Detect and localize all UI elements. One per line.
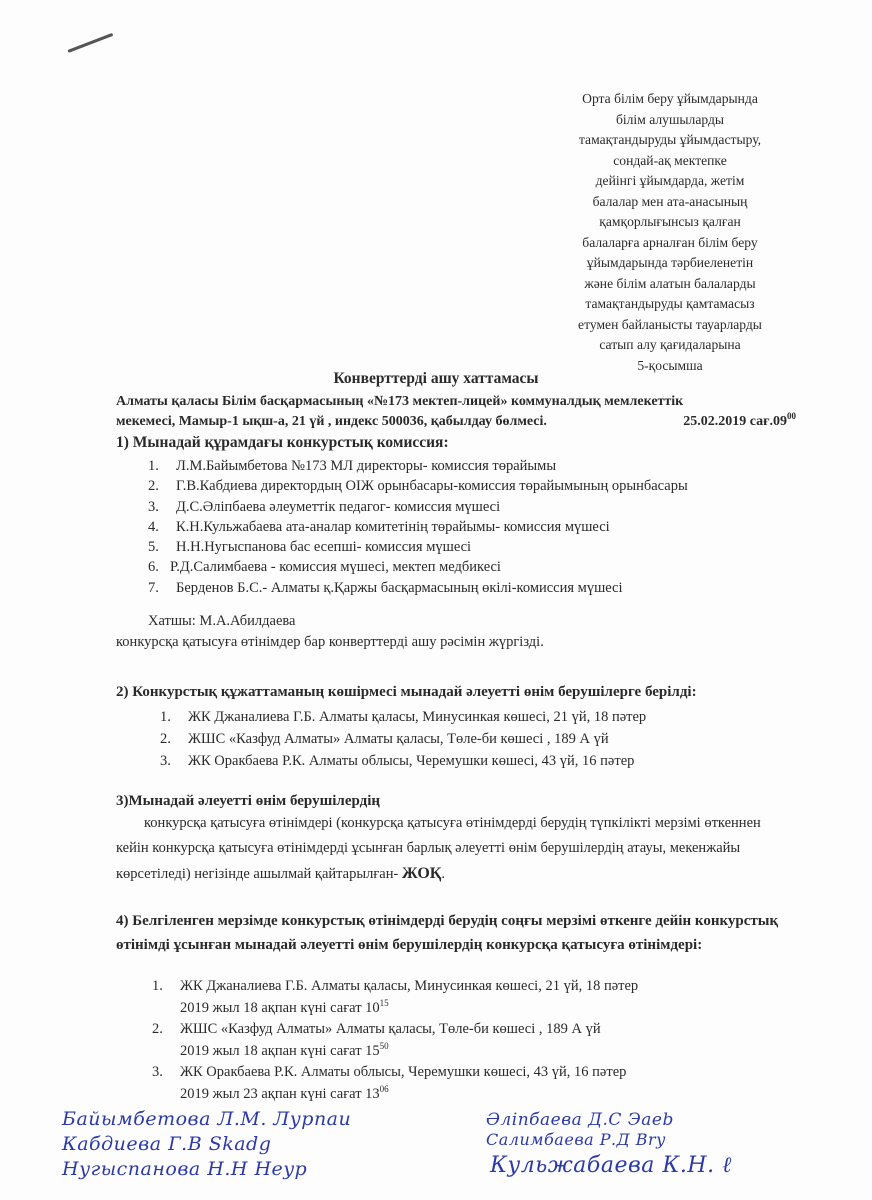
bid-supplier: ЖК Оракбаева Р.К. Алматы облысы, Черемуш… <box>180 1064 626 1080</box>
signature: Кабдиева Г.В Skadg <box>62 1133 271 1155</box>
annex-line: қамқорлығынсыз қалған <box>540 212 800 233</box>
item-number: 1. <box>160 706 188 728</box>
annex-line: сондай-ақ мектепке <box>540 151 800 172</box>
returned-result: ЖОҚ <box>402 865 441 882</box>
supplier-item: 2.ЖШС «Казфуд Алматы» Алматы қаласы, Төл… <box>160 728 646 750</box>
section-4-heading: 4) Белгіленген мерзімде конкурстық өтіні… <box>116 909 796 957</box>
annex-line: сатып алу қағидаларына <box>540 335 800 356</box>
item-number: 7. <box>148 578 176 598</box>
bid-minutes: 06 <box>380 1084 389 1094</box>
supplier-text: ЖК Оракбаева Р.К. Алматы облысы, Черемуш… <box>188 753 634 769</box>
supplier-text: ЖК Джаналиева Г.Б. Алматы қаласы, Минуси… <box>188 709 646 725</box>
punct: . <box>441 866 445 882</box>
annex-line: дейінгі ұйымдарда, жетім <box>540 171 800 192</box>
bid-minutes: 15 <box>380 998 389 1008</box>
item-number: 4. <box>148 517 176 537</box>
annex-line: Орта білім беру ұйымдарында <box>540 89 800 110</box>
bid-item: 1.ЖК Джаналиева Г.Б. Алматы қаласы, Мину… <box>152 976 638 998</box>
item-number: 1. <box>152 976 180 998</box>
item-number: 2. <box>160 728 188 750</box>
signature: Байымбетова Л.М. Лурпаи <box>62 1108 351 1130</box>
annex-line: балалар мен ата-анасының <box>540 192 800 213</box>
member-text: Л.М.Байымбетова №173 МЛ директоры- комис… <box>176 458 556 474</box>
signature: Кульжабаева К.Н. ℓ <box>490 1152 732 1178</box>
bid-supplier: ЖК Джаналиева Г.Б. Алматы қаласы, Минуси… <box>180 978 638 994</box>
member-text: Н.Н.Нугыспанова бас есепші- комиссия мүш… <box>176 539 471 555</box>
annex-line: білім алушыларды <box>540 110 800 131</box>
suppliers-list: 1.ЖК Джаналиева Г.Б. Алматы қаласы, Мину… <box>160 706 646 772</box>
member-item: 5.Н.Н.Нугыспанова бас есепші- комиссия м… <box>148 537 688 557</box>
supplier-item: 1.ЖК Джаналиева Г.Б. Алматы қаласы, Мину… <box>160 706 646 728</box>
item-number: 2. <box>148 476 176 496</box>
annex-line: балаларға арналған білім беру <box>540 233 800 254</box>
annex-line: ұйымдарында тәрбиеленетін <box>540 253 800 274</box>
supplier-text: ЖШС «Казфуд Алматы» Алматы қаласы, Төле-… <box>188 731 609 747</box>
org-line-1: Алматы қаласы Білім басқармасының «№173 … <box>116 392 796 412</box>
bid-minutes: 50 <box>380 1041 389 1051</box>
annex-line: етумен байланысты тауарларды <box>540 315 800 336</box>
item-number: 5. <box>148 537 176 557</box>
bid-time: 2019 жыл 23 ақпан күні сағат 1306 <box>152 1084 638 1106</box>
item-number: 3. <box>160 750 188 772</box>
annex-note: Орта білім беру ұйымдарында білім алушыл… <box>540 89 800 376</box>
item-number: 1. <box>148 456 176 476</box>
bid-date: 2019 жыл 18 ақпан күні сағат 10 <box>180 1000 380 1016</box>
annex-line: және білім алатын балаларды <box>540 274 800 295</box>
bid-time: 2019 жыл 18 ақпан күні сағат 1015 <box>152 998 638 1020</box>
item-number: 2. <box>152 1019 180 1041</box>
commission-members: 1.Л.М.Байымбетова №173 МЛ директоры- ком… <box>148 456 688 598</box>
signature: Салимбаева Р.Д Вry <box>486 1130 666 1149</box>
section-1-heading: 1) Мынадай құрамдағы конкурстық комиссия… <box>116 434 449 452</box>
signature: Нугыспанова Н.Н Нeyp <box>62 1158 307 1180</box>
member-item: 7.Берденов Б.С.- Алматы қ.Қаржы басқарма… <box>148 578 688 598</box>
meeting-datetime: 25.02.2019 сағ.0900 <box>683 412 796 432</box>
member-item: 2.Г.В.Кабдиева директордың ОІЖ орынбасар… <box>148 476 688 496</box>
annex-line: тамақтандыруды ұйымдастыру, <box>540 130 800 151</box>
bid-item: 2.ЖШС «Казфуд Алматы» Алматы қаласы, Төл… <box>152 1019 638 1041</box>
annex-line: тамақтандыруды қамтамасыз <box>540 294 800 315</box>
bid-item: 3.ЖК Оракбаева Р.К. Алматы облысы, Черем… <box>152 1062 638 1084</box>
procedure-statement: конкурсқа қатысуға өтінімдер бар конверт… <box>116 634 544 651</box>
item-number: 3. <box>148 497 176 517</box>
member-text: Г.В.Кабдиева директордың ОІЖ орынбасары-… <box>176 478 688 494</box>
member-item: 6.Р.Д.Салимбаева - комиссия мүшесі, мект… <box>148 557 688 577</box>
member-item: 3.Д.С.Әліпбаева әлеуметтік педагог- коми… <box>148 497 688 517</box>
section-3-heading: 3)Мынадай әлеуетті өнім берушілердің <box>116 793 380 810</box>
section-3-body: конкурсқа қатысуға өтінімдері (конкурсқа… <box>116 811 796 887</box>
section-2-heading: 2) Конкурстық құжаттаманың көшірмесі мын… <box>116 684 697 701</box>
item-number: 6. <box>148 557 170 577</box>
member-item: 1.Л.М.Байымбетова №173 МЛ директоры- ком… <box>148 456 688 476</box>
signature: Әліпбаева Д.С Эаeb <box>486 1110 674 1130</box>
date-text: 25.02.2019 сағ.09 <box>683 414 787 429</box>
member-text: Берденов Б.С.- Алматы қ.Қаржы басқармасы… <box>176 580 623 596</box>
bids-list: 1.ЖК Джаналиева Г.Б. Алматы қаласы, Мину… <box>152 976 638 1105</box>
date-minutes: 00 <box>787 411 796 421</box>
member-text: К.Н.Кульжабаева ата-аналар комитетінің т… <box>176 519 610 535</box>
secretary: Хатшы: М.А.Абилдаева <box>148 613 296 630</box>
member-text: Р.Д.Салимбаева - комиссия мүшесі, мектеп… <box>170 559 501 575</box>
supplier-item: 3.ЖК Оракбаева Р.К. Алматы облысы, Черем… <box>160 750 646 772</box>
bid-date: 2019 жыл 23 ақпан күні сағат 13 <box>180 1086 380 1102</box>
bid-supplier: ЖШС «Казфуд Алматы» Алматы қаласы, Төле-… <box>180 1021 601 1037</box>
member-item: 4.К.Н.Кульжабаева ата-аналар комитетінің… <box>148 517 688 537</box>
document-title: Конверттерді ашу хаттамасы <box>0 370 872 388</box>
member-text: Д.С.Әліпбаева әлеуметтік педагог- комисс… <box>176 499 500 515</box>
bid-time: 2019 жыл 18 ақпан күні сағат 1550 <box>152 1041 638 1063</box>
pen-mark <box>67 33 113 53</box>
bid-date: 2019 жыл 18 ақпан күні сағат 15 <box>180 1043 380 1059</box>
organization-info: Алматы қаласы Білім басқармасының «№173 … <box>116 392 796 432</box>
item-number: 3. <box>152 1062 180 1084</box>
